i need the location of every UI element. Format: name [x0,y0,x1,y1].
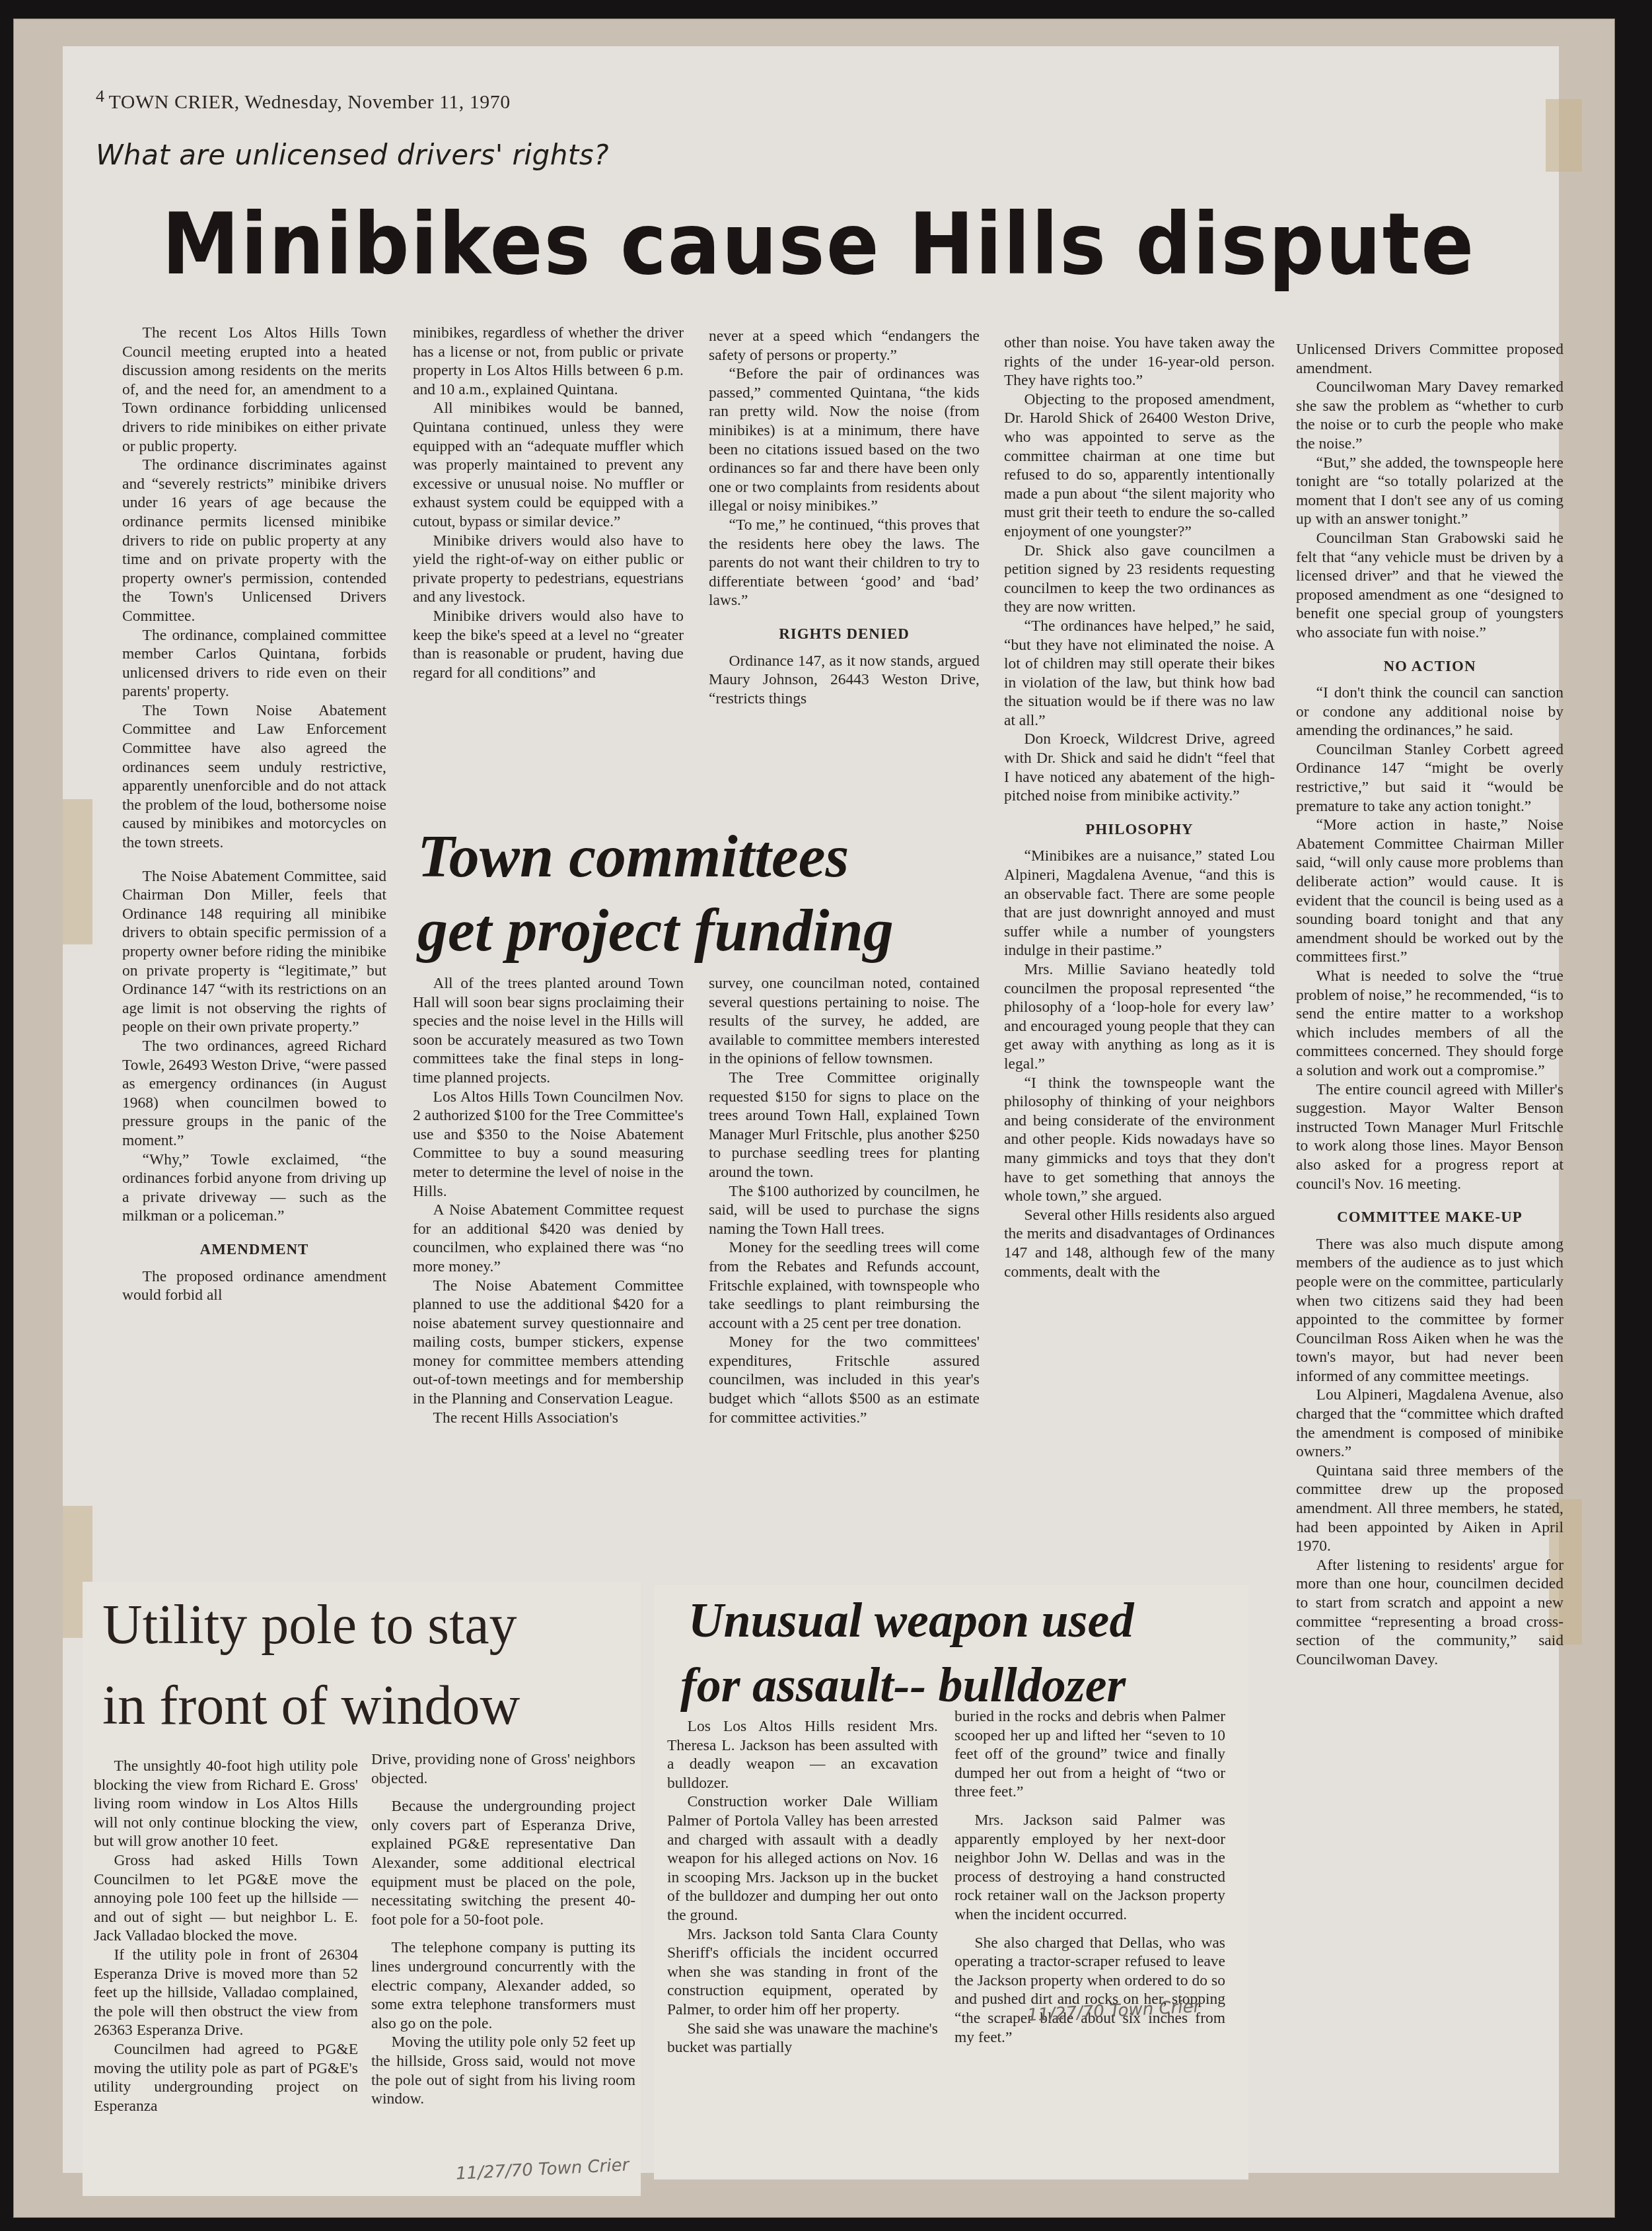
paragraph: She said she was unaware the machine's b… [667,2020,938,2057]
paragraph: Don Kroeck, Wildcrest Drive, agreed with… [1004,730,1275,805]
paragraph: “More action in haste,” Noise Abatement … [1296,816,1563,967]
subhead-philosophy: PHILOSOPHY [1004,820,1275,839]
folio-text: TOWN CRIER, Wednesday, November 11, 1970 [109,91,511,113]
story-kicker: What are unlicensed drivers' rights? [96,139,609,171]
paragraph: Several other Hills residents also argue… [1004,1206,1275,1281]
funding-story-column-1: All of the trees planted around Town Hal… [413,974,684,1427]
bulldozer-headline: Unusual weapon used for assault-- bulldo… [680,1588,1133,1718]
paragraph: The $100 authorized by councilmen, he sa… [709,1182,980,1239]
paragraph: Quintana said three members of the commi… [1296,1462,1563,1556]
paragraph: The Tree Committee originally requested … [709,1069,980,1182]
paragraph: The recent Hills Association's [413,1409,684,1428]
paragraph: “Why,” Towle exclaimed, “the ordinances … [122,1151,386,1226]
main-story-column-4: other than noise. You have taken away th… [1004,334,1275,1281]
paragraph: buried in the rocks and debris when Palm… [954,1707,1225,1802]
paragraph: The two ordinances, agreed Richard Towle… [122,1037,386,1151]
paragraph: Mrs. Millie Saviano heatedly told counci… [1004,960,1275,1074]
paragraph: The ordinance, complained committee memb… [122,626,386,701]
tape-strip [1546,99,1582,172]
paragraph: Drive, providing none of Gross' neighbor… [371,1750,635,1788]
main-story-column-3: never at a speed which “endangers the sa… [709,327,980,708]
paragraph: Los Altos Hills Town Councilmen Nov. 2 a… [413,1088,684,1201]
utility-headline: Utility pole to stay in front of window [102,1585,520,1746]
page-number: 4 [96,87,105,106]
subhead-no-action: NO ACTION [1296,657,1563,676]
tape-strip [63,799,92,944]
paragraph: The proposed ordinance amendment would f… [122,1267,386,1305]
bulldozer-story-column-1: Los Los Altos Hills resident Mrs. Theres… [667,1717,938,2057]
paragraph: The telephone company is putting its lin… [371,1938,635,2033]
paragraph: survey, one councilman noted, contained … [709,974,980,1069]
paragraph: All of the trees planted around Town Hal… [413,974,684,1088]
utility-story-column-2: Drive, providing none of Gross' neighbor… [371,1750,635,2109]
paragraph: Councilman Stanley Corbett agreed Ordina… [1296,740,1563,816]
paragraph: “Minibikes are a nuisance,” stated Lou A… [1004,847,1275,960]
paragraph: The entire council agreed with Miller's … [1296,1080,1563,1194]
paragraph: Money for the two committees' expenditur… [709,1333,980,1427]
main-headline: Minibikes cause Hills dispute [162,195,1475,293]
paragraph: “I think the townspeople want the philos… [1004,1074,1275,1206]
paragraph: other than noise. You have taken away th… [1004,334,1275,390]
paragraph: She also charged that Dellas, who was op… [954,1934,1225,2047]
paragraph: Councilman Stan Grabowski said he felt t… [1296,529,1563,643]
paragraph: Councilmen had agreed to PG&E moving the… [94,2040,358,2115]
paragraph: The ordinance discriminates against and … [122,456,386,625]
main-story-column-2: minibikes, regardless of whether the dri… [413,324,684,682]
subhead-rights-denied: RIGHTS DENIED [709,625,980,644]
paragraph: Mrs. Jackson said Palmer was apparently … [954,1811,1225,1925]
paragraph: Los Los Altos Hills resident Mrs. Theres… [667,1717,938,1792]
utility-story-column-1: The unsightly 40-foot high utility pole … [94,1757,358,2115]
paragraph: All minibikes would be banned, Quintana … [413,399,684,531]
paragraph: Mrs. Jackson told Santa Clara County She… [667,1925,938,2020]
paragraph: “To me,” he continued, “this proves that… [709,516,980,610]
paragraph: Money for the seedling trees will come f… [709,1238,980,1333]
paragraph: If the utility pole in front of 26304 Es… [94,1946,358,2040]
paragraph: There was also much dispute among member… [1296,1235,1563,1386]
paragraph: Lou Alpineri, Magdalena Avenue, also cha… [1296,1386,1563,1461]
funding-headline: Town committees get project funding [417,819,894,967]
paragraph: Minibike drivers would also have to yiel… [413,532,684,607]
paragraph: The recent Los Altos Hills Town Council … [122,324,386,456]
paragraph: The Noise Abatement Committee planned to… [413,1277,684,1409]
paragraph: minibikes, regardless of whether the dri… [413,324,684,399]
paragraph: The unsightly 40-foot high utility pole … [94,1757,358,1851]
page-folio: 4TOWN CRIER, Wednesday, November 11, 197… [96,91,511,114]
bulldozer-story-column-2: buried in the rocks and debris when Palm… [954,1707,1225,2047]
paragraph: Gross had asked Hills Town Councilmen to… [94,1851,358,1946]
paragraph: Minibike drivers would also have to keep… [413,607,684,682]
subhead-committee-make-up: COMMITTEE MAKE-UP [1296,1208,1563,1227]
paragraph: Dr. Shick also gave councilmen a petitio… [1004,542,1275,617]
paragraph: “Before the pair of ordinances was passe… [709,365,980,516]
paragraph: “But,” she added, the townspeople here t… [1296,454,1563,529]
paragraph: Ordinance 147, as it now stands, argued … [709,652,980,709]
paragraph: Unlicensed Drivers Committee proposed am… [1296,340,1563,378]
paragraph: Moving the utility pole only 52 feet up … [371,2033,635,2108]
paragraph: never at a speed which “endangers the sa… [709,327,980,365]
paragraph: “I don't think the council can sanction … [1296,684,1563,740]
paragraph: The Town Noise Abatement Committee and L… [122,701,386,853]
paragraph: Councilwoman Mary Davey remarked she saw… [1296,378,1563,453]
subhead-amendment: AMENDMENT [122,1240,386,1259]
paragraph: A Noise Abatement Committee request for … [413,1201,684,1276]
paragraph: The Noise Abatement Committee, said Chai… [122,867,386,1037]
main-story-column-1: The recent Los Altos Hills Town Council … [122,324,386,1305]
paragraph: What is needed to solve the “true proble… [1296,967,1563,1080]
funding-story-column-2: survey, one councilman noted, contained … [709,974,980,1427]
paragraph: “The ordinances have helped,” he said, “… [1004,617,1275,730]
paragraph: Objecting to the proposed amendment, Dr.… [1004,390,1275,542]
paragraph: Because the undergrounding project only … [371,1797,635,1929]
main-story-column-5: Unlicensed Drivers Committee proposed am… [1296,340,1563,1669]
paragraph: Construction worker Dale William Palmer … [667,1792,938,1925]
paragraph: After listening to residents' argue for … [1296,1556,1563,1670]
